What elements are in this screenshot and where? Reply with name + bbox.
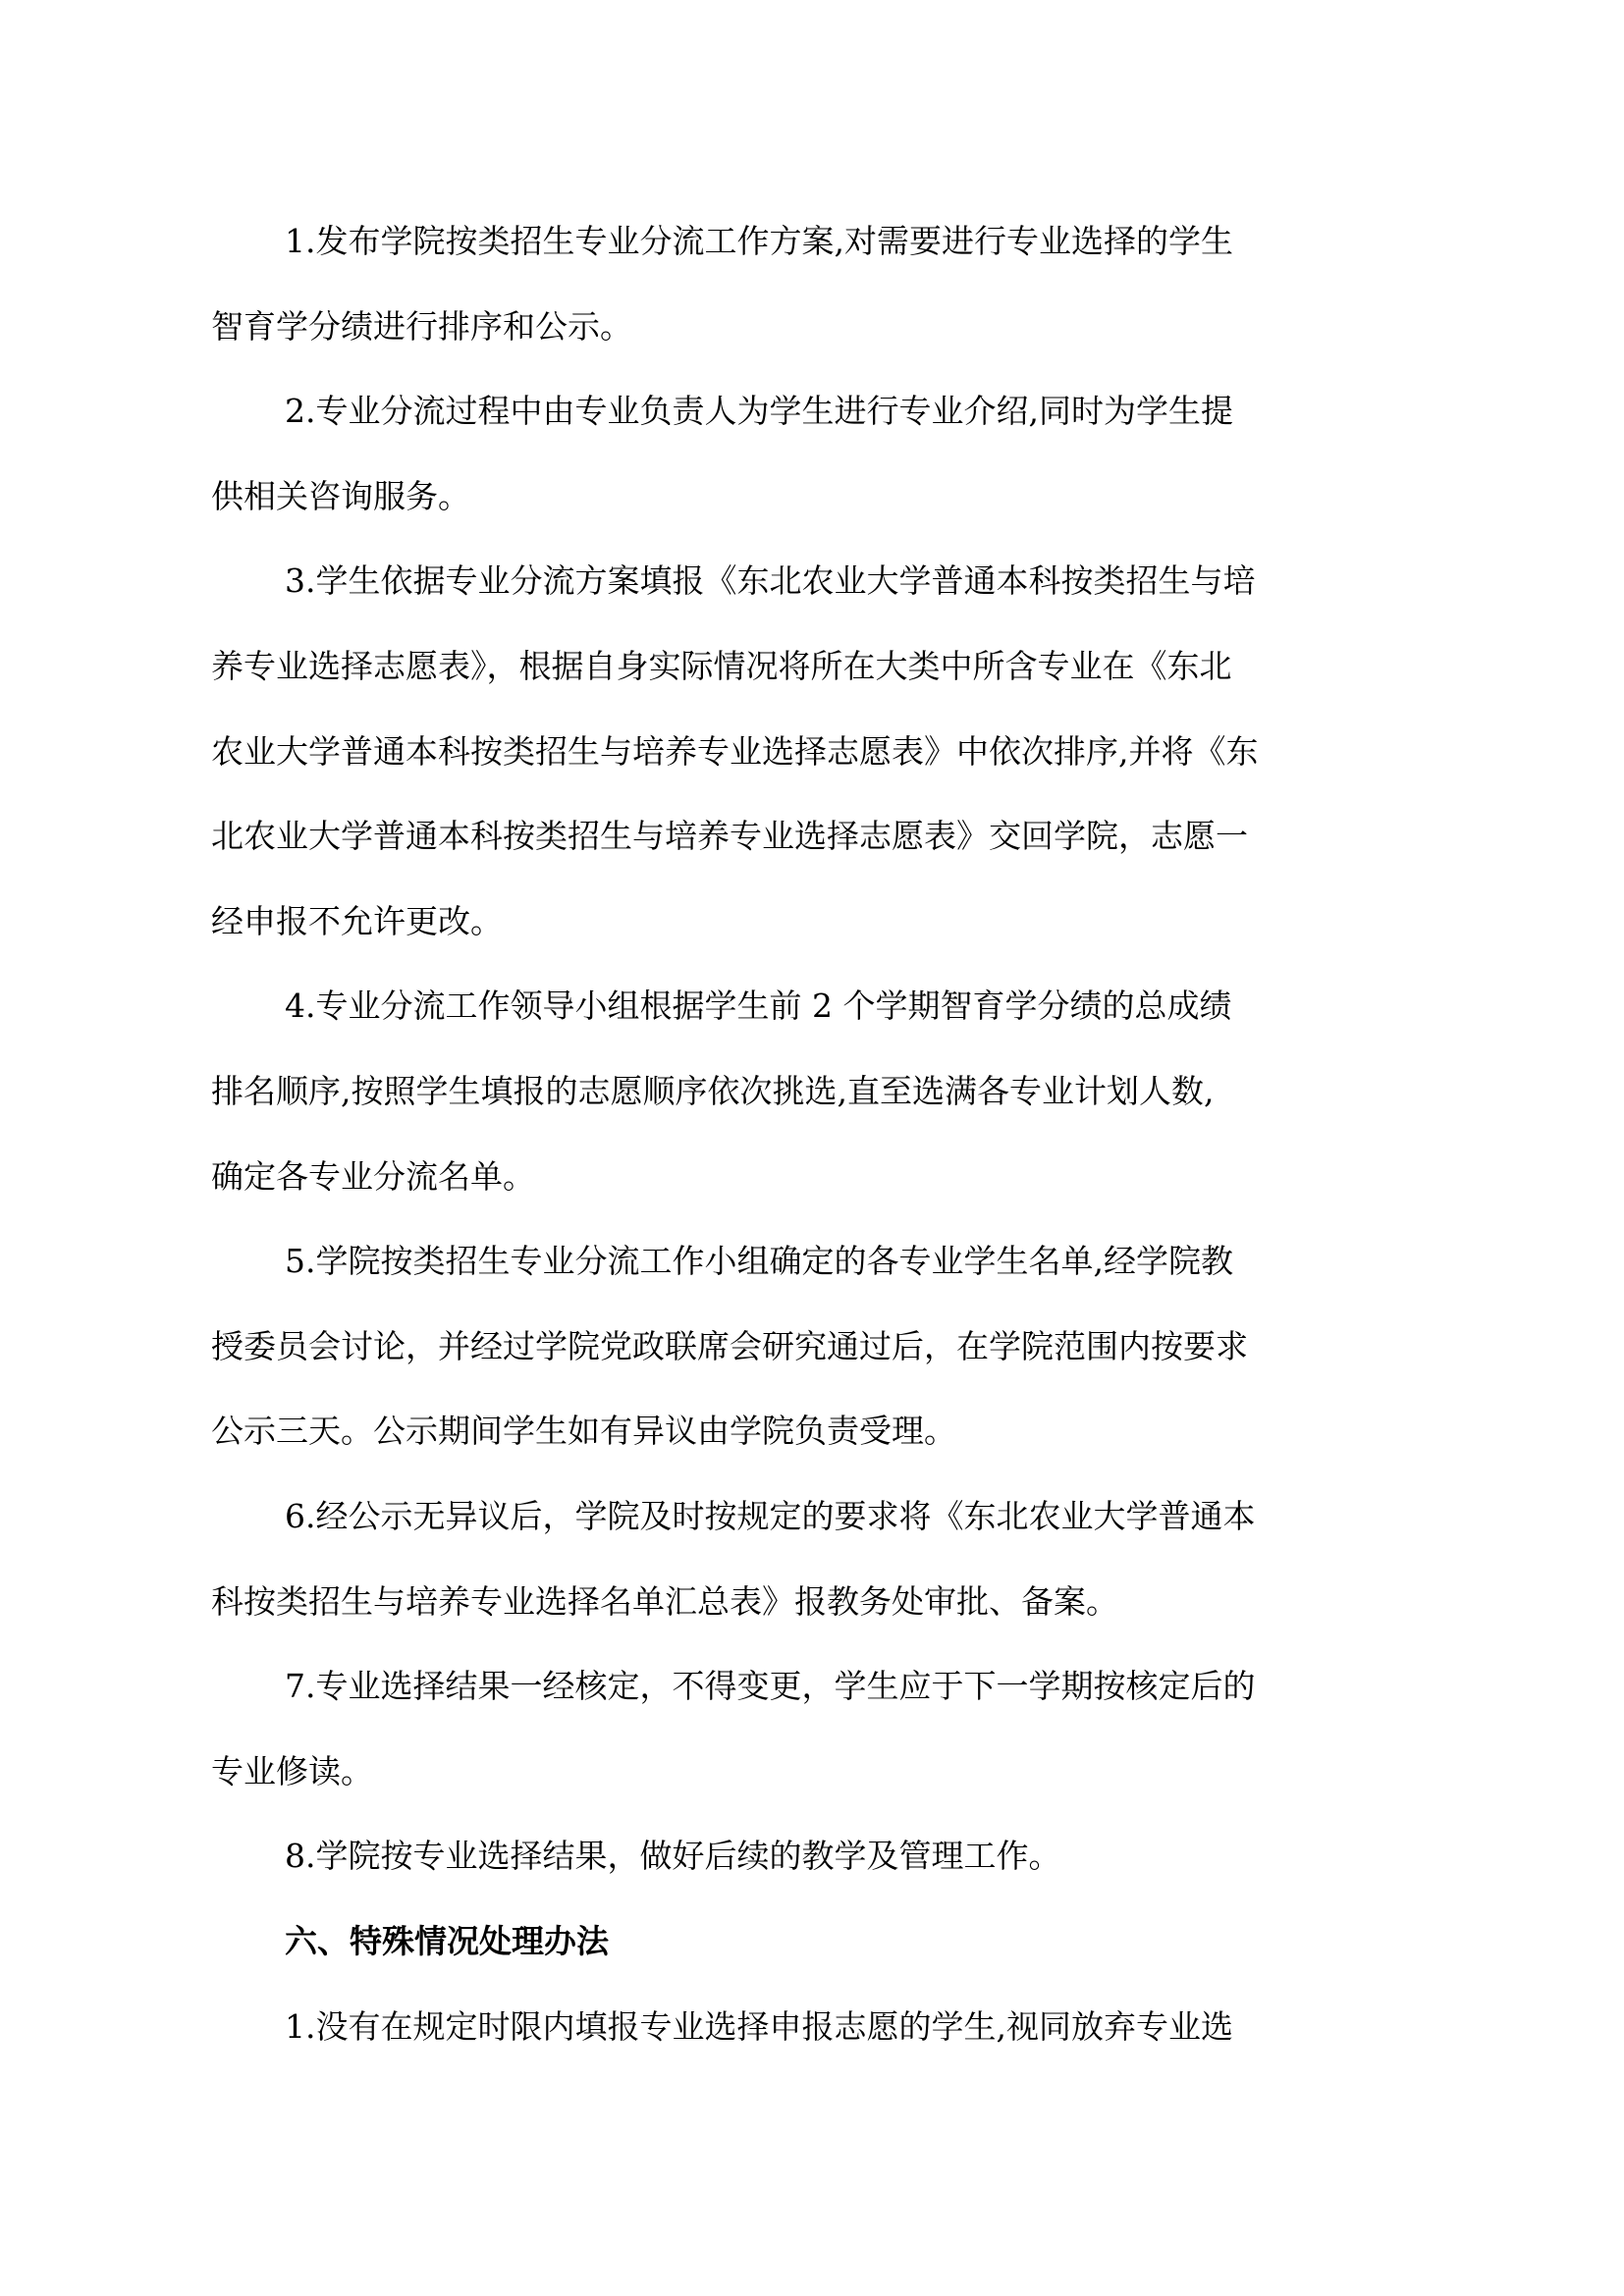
- paragraph-line: 7.专业选择结果一经核定，不得变更，学生应于下一学期按核定后的: [285, 1667, 1429, 1706]
- paragraph-line: 1.发布学院按类招生专业分流工作方案,对需要进行专业选择的学生: [285, 222, 1429, 261]
- paragraph-line: 养专业选择志愿表》，根据自身实际情况将所在大类中所含专业在《东北: [211, 647, 1429, 686]
- paragraph-line: 公示三天。公示期间学生如有异议由学院负责受理。: [211, 1412, 1429, 1451]
- paragraph-line: 科按类招生与培养专业选择名单汇总表》报教务处审批、备案。: [211, 1582, 1429, 1622]
- paragraph-line: 授委员会讨论，并经过学院党政联席会研究通过后，在学院范围内按要求: [211, 1327, 1429, 1366]
- paragraph-line: 排名顺序,按照学生填报的志愿顺序依次挑选,直至选满各专业计划人数,: [211, 1072, 1429, 1111]
- section-heading: 六、特殊情况处理办法: [285, 1922, 1429, 1961]
- paragraph-line: 专业修读。: [211, 1752, 1429, 1791]
- paragraph-line: 智育学分绩进行排序和公示。: [211, 307, 1429, 347]
- paragraph-line: 8.学院按专业选择结果，做好后续的教学及管理工作。: [285, 1837, 1429, 1876]
- paragraph-line: 农业大学普通本科按类招生与培养专业选择志愿表》中依次排序,并将《东: [211, 732, 1429, 772]
- paragraph-line: 1.没有在规定时限内填报专业选择申报志愿的学生,视同放弃专业选: [285, 2007, 1429, 2047]
- paragraph-line: 2.专业分流过程中由专业负责人为学生进行专业介绍,同时为学生提: [285, 392, 1429, 431]
- paragraph-line: 3.学生依据专业分流方案填报《东北农业大学普通本科按类招生与培: [285, 561, 1429, 601]
- document-page: 1.发布学院按类招生专业分流工作方案,对需要进行专业选择的学生 智育学分绩进行排…: [0, 0, 1624, 2296]
- paragraph-line: 6.经公示无异议后，学院及时按规定的要求将《东北农业大学普通本: [285, 1497, 1429, 1536]
- paragraph-line: 4.专业分流工作领导小组根据学生前 2 个学期智育学分绩的总成绩: [285, 987, 1429, 1026]
- paragraph-line: 北农业大学普通本科按类招生与培养专业选择志愿表》交回学院，志愿一: [211, 817, 1429, 856]
- paragraph-line: 确定各专业分流名单。: [211, 1157, 1429, 1197]
- paragraph-line: 经申报不允许更改。: [211, 902, 1429, 941]
- paragraph-line: 供相关咨询服务。: [211, 477, 1429, 516]
- paragraph-line: 5.学院按类招生专业分流工作小组确定的各专业学生名单,经学院教: [285, 1242, 1429, 1281]
